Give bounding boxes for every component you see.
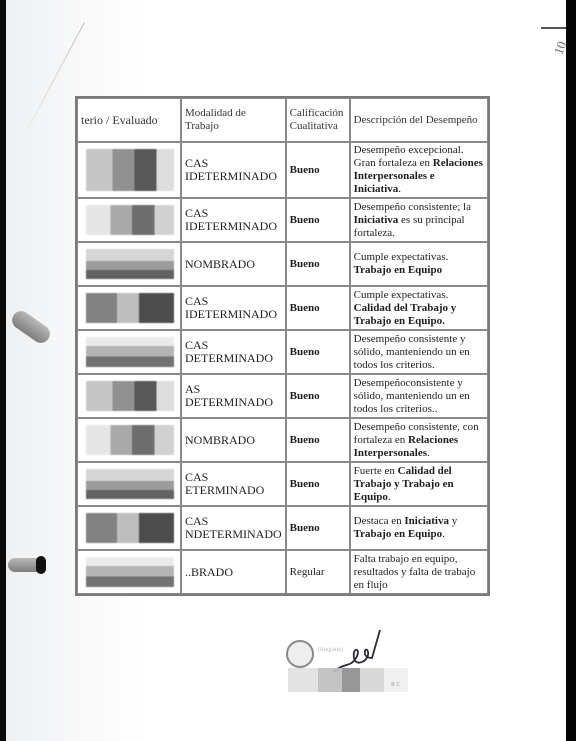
evaluated-name-redacted bbox=[77, 506, 181, 550]
table-row: CASIDETERMINADOBuenoCumple expectativas.… bbox=[77, 286, 488, 330]
evaluated-name-redacted bbox=[77, 286, 181, 330]
evaluated-name-redacted bbox=[77, 374, 181, 418]
description-cell: Desempeño consistente y sólido, mantenie… bbox=[350, 330, 488, 374]
modality-cell: ..BRADO bbox=[181, 550, 286, 594]
description-cell: Desempeño consistente; la Iniciativa es … bbox=[350, 198, 488, 242]
table-header-row: terio / Evaluado Modalidad de Trabajo Ca… bbox=[77, 98, 488, 142]
modality-cell: CASIDETERMINADO bbox=[181, 142, 286, 198]
modality-cell: CASETERMINADO bbox=[181, 462, 286, 506]
description-cell: Destaca en Iniciativa y Trabajo en Equip… bbox=[350, 506, 488, 550]
redaction-block bbox=[86, 205, 174, 235]
evaluation-table: terio / Evaluado Modalidad de Trabajo Ca… bbox=[75, 96, 490, 596]
modality-cell: NOMBRADO bbox=[181, 242, 286, 286]
table-row: CASNDETERMINADOBuenoDestaca en Iniciativ… bbox=[77, 506, 488, 550]
table-row: CASETERMINADOBuenoFuerte en Calidad del … bbox=[77, 462, 488, 506]
description-cell: Desempeño excepcional. Gran fortaleza en… bbox=[350, 142, 488, 198]
header-evaluated: terio / Evaluado bbox=[77, 98, 181, 142]
table-row: CASIDETERMINADOBuenoDesempeño consistent… bbox=[77, 198, 488, 242]
modality-cell: CASDETERMINADO bbox=[181, 330, 286, 374]
redacted-signature-name bbox=[288, 668, 408, 692]
redaction-block bbox=[86, 425, 174, 455]
modality-cell: CASIDETERMINADO bbox=[181, 286, 286, 330]
modality-cell: NOMBRADO bbox=[181, 418, 286, 462]
description-cell: Desempeño consistente, con fortaleza en … bbox=[350, 418, 488, 462]
rating-cell: Bueno bbox=[286, 418, 350, 462]
header-description: Descripción del Desempeño bbox=[350, 98, 488, 142]
binder-ring-icon bbox=[8, 558, 46, 572]
evaluated-name-redacted bbox=[77, 242, 181, 286]
institution-seal-icon bbox=[286, 640, 314, 668]
evaluated-name-redacted bbox=[77, 550, 181, 594]
rating-cell: Regular bbox=[286, 550, 350, 594]
rating-cell: Bueno bbox=[286, 330, 350, 374]
redaction-block bbox=[86, 149, 174, 191]
table-row: ..BRADORegularFalta trabajo en equipo, r… bbox=[77, 550, 488, 594]
redaction-block bbox=[86, 249, 174, 279]
rating-cell: Bueno bbox=[286, 198, 350, 242]
description-cell: Desempeñoconsistente y sólido, mantenien… bbox=[350, 374, 488, 418]
rating-cell: Bueno bbox=[286, 286, 350, 330]
description-cell: Cumple expectativas. Trabajo en Equipo bbox=[350, 242, 488, 286]
rating-cell: Bueno bbox=[286, 506, 350, 550]
table-body: CASIDETERMINADOBuenoDesempeño excepciona… bbox=[77, 142, 488, 594]
redaction-block bbox=[86, 293, 174, 323]
evaluated-name-redacted bbox=[77, 330, 181, 374]
evaluated-name-redacted bbox=[77, 462, 181, 506]
rating-cell: Bueno bbox=[286, 462, 350, 506]
redaction-block bbox=[86, 337, 174, 367]
evaluated-name-redacted bbox=[77, 142, 181, 198]
header-modality: Modalidad de Trabajo bbox=[181, 98, 286, 142]
table-row: CASIDETERMINADOBuenoDesempeño excepciona… bbox=[77, 142, 488, 198]
signature-code: R C bbox=[391, 682, 401, 688]
header-rating: Calificación Cualitativa bbox=[286, 98, 350, 142]
table-row: ASDETERMINADOBuenoDesempeñoconsistente y… bbox=[77, 374, 488, 418]
redaction-block bbox=[86, 557, 174, 587]
table-row: NOMBRADOBuenoCumple expectativas. Trabaj… bbox=[77, 242, 488, 286]
modality-cell: CASNDETERMINADO bbox=[181, 506, 286, 550]
modality-cell: ASDETERMINADO bbox=[181, 374, 286, 418]
rating-cell: Bueno bbox=[286, 374, 350, 418]
modality-cell: CASIDETERMINADO bbox=[181, 198, 286, 242]
redaction-block bbox=[86, 469, 174, 499]
redaction-block bbox=[86, 381, 174, 411]
rating-cell: Bueno bbox=[286, 242, 350, 286]
redaction-block bbox=[86, 513, 174, 543]
description-cell: Cumple expectativas. Calidad del Trabajo… bbox=[350, 286, 488, 330]
scan-right-border bbox=[566, 0, 576, 741]
evaluated-name-redacted bbox=[77, 198, 181, 242]
evaluated-name-redacted bbox=[77, 418, 181, 462]
description-cell: Falta trabajo en equipo, resultados y fa… bbox=[350, 550, 488, 594]
table-row: CASDETERMINADOBuenoDesempeño consistente… bbox=[77, 330, 488, 374]
table-row: NOMBRADOBuenoDesempeño consistente, con … bbox=[77, 418, 488, 462]
description-cell: Fuerte en Calidad del Trabajo y Trabajo … bbox=[350, 462, 488, 506]
rating-cell: Bueno bbox=[286, 142, 350, 198]
